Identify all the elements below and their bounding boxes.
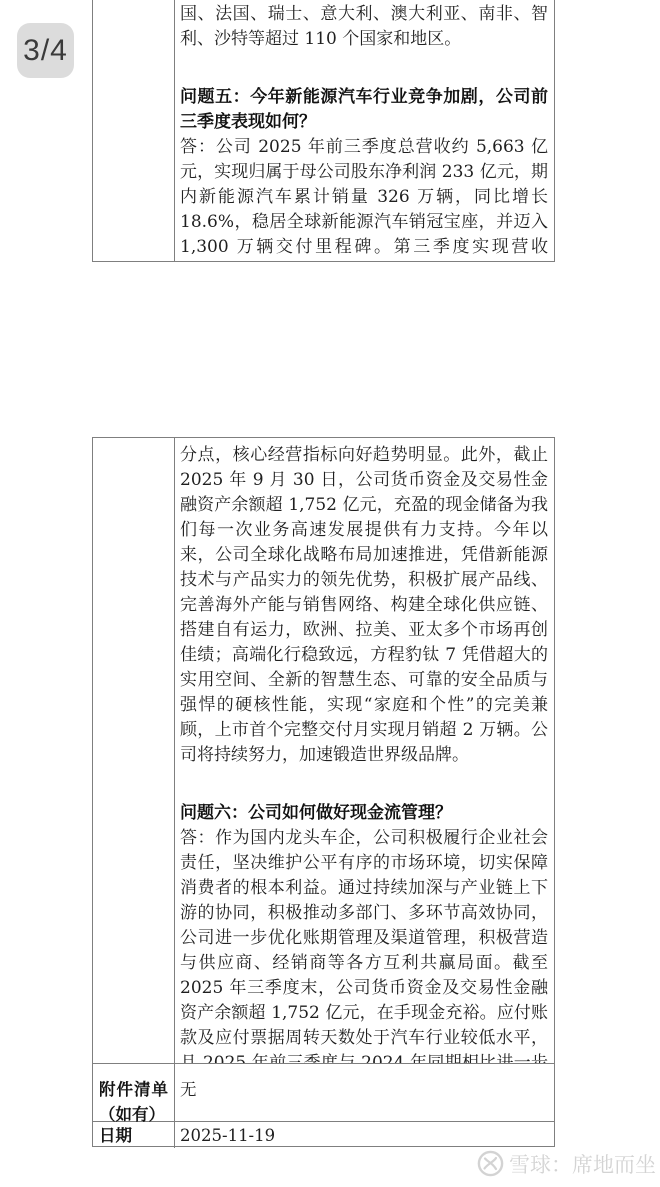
table-left-column-empty — [93, 438, 175, 1063]
question6-heading: 问题六：公司如何做好现金流管理？ — [180, 801, 548, 826]
document-page: 3/4 国、法国、瑞士、意大利、澳大利亚、南非、智利、沙特等超过 110 个国家… — [0, 0, 660, 1187]
question5-heading: 问题五：今年新能源汽车行业竞争加剧，公司前三季度表现如何？ — [180, 85, 548, 135]
watermark-text: 雪球：席地而坐 — [509, 1149, 656, 1179]
table-fragment-bottom: 分点，核心经营指标向好趋势明显。此外，截止 2025 年 9 月 30 日，公司… — [92, 437, 555, 1147]
table-row-date: 日期 2025-11-19 — [93, 1122, 554, 1148]
table-row-main-content: 分点，核心经营指标向好趋势明显。此外，截止 2025 年 9 月 30 日，公司… — [93, 438, 554, 1064]
paragraph-countries: 国、法国、瑞士、意大利、澳大利亚、南非、智利、沙特等超过 110 个国家和地区。 — [180, 2, 548, 52]
page-indicator-badge: 3/4 — [17, 23, 74, 78]
date-label: 日期 — [93, 1122, 175, 1148]
table-content-column: 分点，核心经营指标向好趋势明显。此外，截止 2025 年 9 月 30 日，公司… — [175, 438, 554, 1063]
watermark: 雪球：席地而坐 — [477, 1150, 656, 1177]
question5-answer: 答：公司 2025 年前三季度总营收约 5,663 亿元，实现归属于母公司股东净… — [180, 135, 548, 261]
date-value: 2025-11-19 — [175, 1122, 554, 1148]
attachment-label: 附件清单 （如有） — [93, 1064, 175, 1121]
xueqiu-logo-icon — [477, 1150, 504, 1177]
table-row-attachment: 附件清单 （如有） 无 — [93, 1064, 554, 1122]
table-content-column: 国、法国、瑞士、意大利、澳大利亚、南非、智利、沙特等超过 110 个国家和地区。… — [175, 0, 554, 261]
attachment-label-line1: 附件清单 — [99, 1077, 168, 1102]
table-fragment-top: 国、法国、瑞士、意大利、澳大利亚、南非、智利、沙特等超过 110 个国家和地区。… — [92, 0, 555, 262]
table-left-column-empty — [93, 0, 175, 261]
attachment-value: 无 — [175, 1064, 554, 1121]
question5-answer-continued: 分点，核心经营指标向好趋势明显。此外，截止 2025 年 9 月 30 日，公司… — [180, 443, 548, 768]
question6-answer: 答：作为国内龙头车企，公司积极履行企业社会责任，坚决维护公平有序的市场环境，切实… — [180, 826, 548, 1063]
